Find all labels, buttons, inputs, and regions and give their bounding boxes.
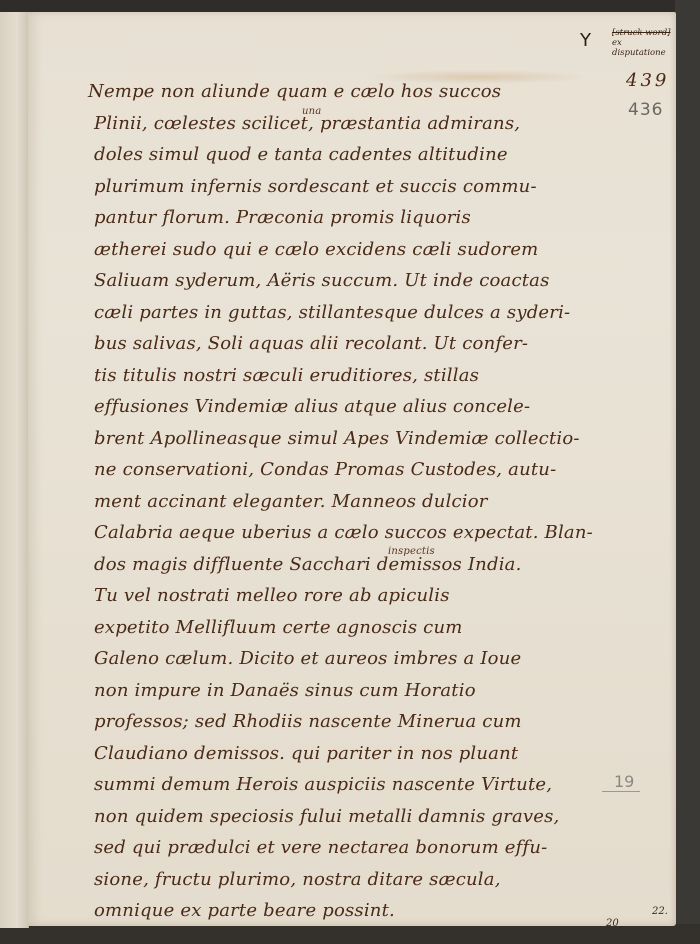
- text-line: summi demum Herois auspiciis nascente Vi…: [88, 769, 568, 801]
- text-line: tis titulis nostri sæculi eruditiores, s…: [88, 360, 568, 392]
- text-line: professos; sed Rhodiis nascente Minerua …: [88, 706, 568, 738]
- folio-number-pencil: 436: [628, 100, 663, 120]
- text-line: Nempe non aliunde quam e cælo hos succos: [88, 76, 568, 108]
- text-line: Claudiano demissos. qui pariter in nos p…: [88, 738, 568, 770]
- margin-note-struck: [struck word]: [612, 28, 676, 38]
- text-line: cæli partes in guttas, stillantesque dul…: [88, 297, 568, 329]
- interlinear-insertion: una: [302, 96, 321, 128]
- text-line: brent Apollineasque simul Apes Vindemiæ …: [88, 423, 568, 455]
- text-line: non quidem speciosis fului metalli damni…: [88, 801, 568, 833]
- manuscript-page: Y [struck word] ex disputatione 439 436 …: [28, 12, 676, 926]
- text-line: Calabria aeque uberius a cælo succos exp…: [88, 517, 568, 549]
- text-line: Plinii, cœlestes scilicet, præstantia ad…: [88, 108, 568, 140]
- text-line: pantur florum. Præconia promis liquoris: [88, 202, 568, 234]
- text-line: ment accinant eleganter. Manneos dulcior: [88, 486, 568, 518]
- manuscript-text: Nempe non aliunde quam e cælo hos succos…: [88, 76, 568, 927]
- text-line: ætherei sudo qui e cælo excidens cæli su…: [88, 234, 568, 266]
- previous-leaf-edge: [0, 12, 29, 928]
- text-line: ne conservationi, Condas Promas Custodes…: [88, 454, 568, 486]
- text-line: non impure in Danaës sinus cum Horatio: [88, 675, 568, 707]
- margin-note: [struck word] ex disputatione: [612, 28, 676, 58]
- text-line: bus salivas, Soli aquas alii recolant. U…: [88, 328, 568, 360]
- footer-number-left: 20: [606, 918, 619, 929]
- interlinear-insertion: inspectis: [388, 536, 435, 568]
- text-line: Saliuam syderum, Aëris succum. Ut inde c…: [88, 265, 568, 297]
- text-line: effusiones Vindemiæ alius atque alius co…: [88, 391, 568, 423]
- text-line: dos magis diffluente Sacchari demissos I…: [88, 549, 568, 581]
- pencil-number: 19: [602, 772, 640, 792]
- margin-note-text: ex disputatione: [612, 38, 676, 58]
- text-line: sed qui prædulci et vere nectarea bonoru…: [88, 832, 568, 864]
- footer-number-right: 22.: [652, 906, 668, 917]
- margin-letter: Y: [580, 30, 591, 51]
- folio-number-ink: 439: [626, 70, 669, 91]
- text-line: plurimum infernis sordescant et succis c…: [88, 171, 568, 203]
- text-line: expetito Mellifluum certe agnoscis cum: [88, 612, 568, 644]
- text-line: omnique ex parte beare possint.: [88, 895, 568, 927]
- text-line-content: dos magis diffluente Sacchari demissos I…: [94, 554, 522, 575]
- text-line: sione, fructu plurimo, nostra ditare sæc…: [88, 864, 568, 896]
- text-line: doles simul quod e tanta cadentes altitu…: [88, 139, 568, 171]
- text-line: Galeno cælum. Dicito et aureos imbres a …: [88, 643, 568, 675]
- scan-right-border: [675, 0, 700, 944]
- text-line: Tu vel nostrati melleo rore ab apiculis: [88, 580, 568, 612]
- scan-bottom-border: [0, 924, 700, 944]
